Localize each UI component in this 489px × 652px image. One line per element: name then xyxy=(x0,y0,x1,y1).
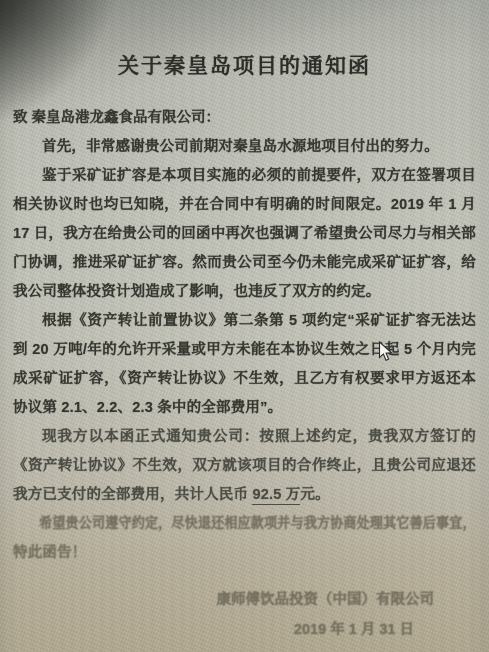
letter-signoff: 康师傅饮品投资（中国）有限公司 2019 年 1 月 31 日 xyxy=(13,585,476,645)
letter-document: 关于秦皇岛项目的通知函 致 秦皇岛港龙鑫食品有限公司： 首先，非常感谢贵公司前期… xyxy=(0,0,489,652)
paragraph-agreement: 根据《资产转让前置协议》第二条第 5 项约定“采矿证扩容无法达到 20 万吨/年… xyxy=(13,307,476,423)
letter-title: 关于秦皇岛项目的通知函 xyxy=(13,50,476,80)
paragraph-closing: 特此函告！ xyxy=(13,539,476,568)
notice-text-before-amount: 现我方以本函正式通知贵公司：按照上述约定，贵我双方签订的《资产转让协议》不生效，… xyxy=(13,429,476,503)
paragraph-notice: 现我方以本函正式通知贵公司：按照上述约定，贵我双方签订的《资产转让协议》不生效，… xyxy=(13,423,476,510)
paragraph-background: 鉴于采矿证扩容是本项目实施的必须的前提要件，双方在签署项目相关协议时也均已知晓，… xyxy=(13,162,476,307)
underlined-amount: 92.5 万 xyxy=(252,487,300,505)
signature-date: 2019 年 1 月 31 日 xyxy=(13,615,476,645)
mouse-cursor-icon xyxy=(378,341,393,368)
letter-salutation: 致 秦皇岛港龙鑫食品有限公司： xyxy=(13,104,476,133)
notice-text-after-amount: 元。 xyxy=(300,487,329,503)
screen-photo: 关于秦皇岛项目的通知函 致 秦皇岛港龙鑫食品有限公司： 首先，非常感谢贵公司前期… xyxy=(0,0,489,652)
paragraph-hope: 希望贵公司遵守约定，尽快退还相应款项并与我方协商处理其它善后事宜， xyxy=(13,510,430,539)
signature-company: 康师傅饮品投资（中国）有限公司 xyxy=(13,585,476,615)
paragraph-thanks: 首先，非常感谢贵公司前期对秦皇岛水源地项目付出的努力。 xyxy=(13,133,476,162)
